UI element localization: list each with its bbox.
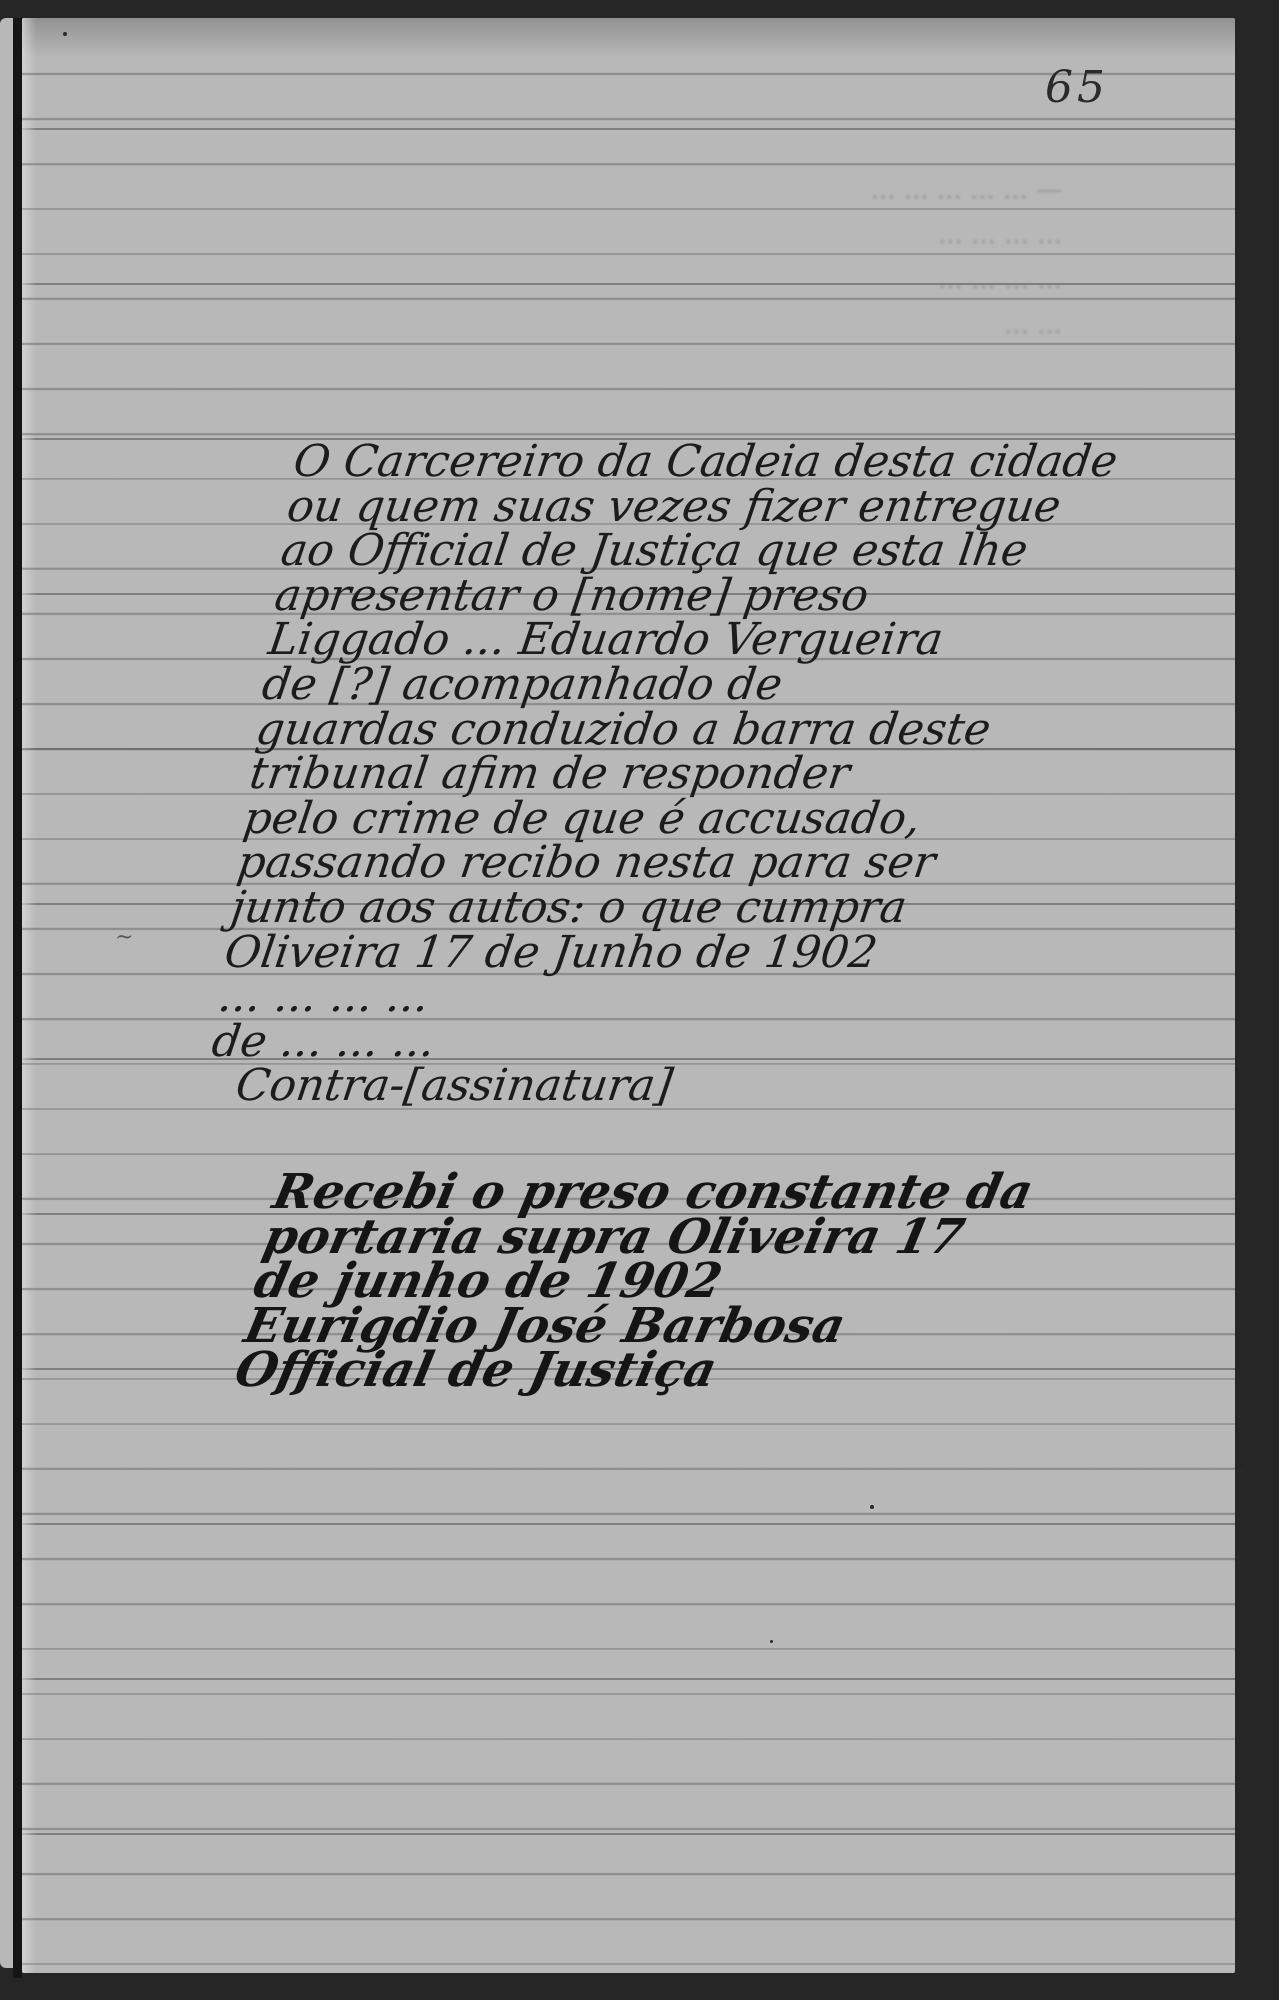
order-line: ao Official de Justiça que esta lhe [278, 529, 1107, 574]
spine-shadow [13, 18, 22, 1978]
receipt-text: Recebi o preso constante da portaria sup… [231, 1170, 1036, 1393]
margin-ink-mark: ~ [115, 925, 133, 950]
receipt-line: Recebi o preso constante da [269, 1170, 1036, 1215]
order-date-line: Oliveira 17 de Junho de 1902 [222, 931, 1051, 976]
order-signature-line: de ... ... ... [209, 1020, 1038, 1065]
order-line: passando recibo nesta para ser [234, 841, 1063, 886]
order-signature-line: ... ... ... ... [216, 975, 1045, 1020]
bleed-through-text: — ... ... ... ... ... ... ... ... ... ..… [162, 168, 1062, 348]
bleed-line: ... ... [162, 303, 1062, 348]
order-line: guardas conduzido a barra deste [253, 708, 1082, 753]
order-line: pelo crime de que é accusado, [241, 797, 1070, 842]
scanned-document: — ... ... ... ... ... ... ... ... ... ..… [0, 0, 1279, 2000]
order-line: de [?] acompanhado de [259, 663, 1088, 708]
order-countersign-line: Contra-[assinatura] [203, 1064, 1032, 1109]
court-order-text: O Carcereiro da Cadeia desta cidade ou q… [203, 440, 1120, 1109]
bleed-line: — ... ... ... ... ... [162, 168, 1062, 213]
order-line: junto aos autos: o que cumpra [228, 886, 1057, 931]
receipt-signature-title: Official de Justiça [231, 1348, 998, 1393]
page-number: 65 [1045, 62, 1109, 113]
order-line: tribunal afim de responder [247, 752, 1076, 797]
bleed-line: ... ... ... ... [162, 258, 1062, 303]
order-line: apresentar o [nome] preso [272, 574, 1101, 619]
bleed-line: ... ... ... ... [162, 213, 1062, 258]
order-line: Liggado ... Eduardo Vergueira [266, 618, 1095, 663]
order-line: ou quem suas vezes fizer entregue [284, 485, 1113, 530]
order-line: O Carcereiro da Cadeia desta cidade [291, 440, 1120, 485]
